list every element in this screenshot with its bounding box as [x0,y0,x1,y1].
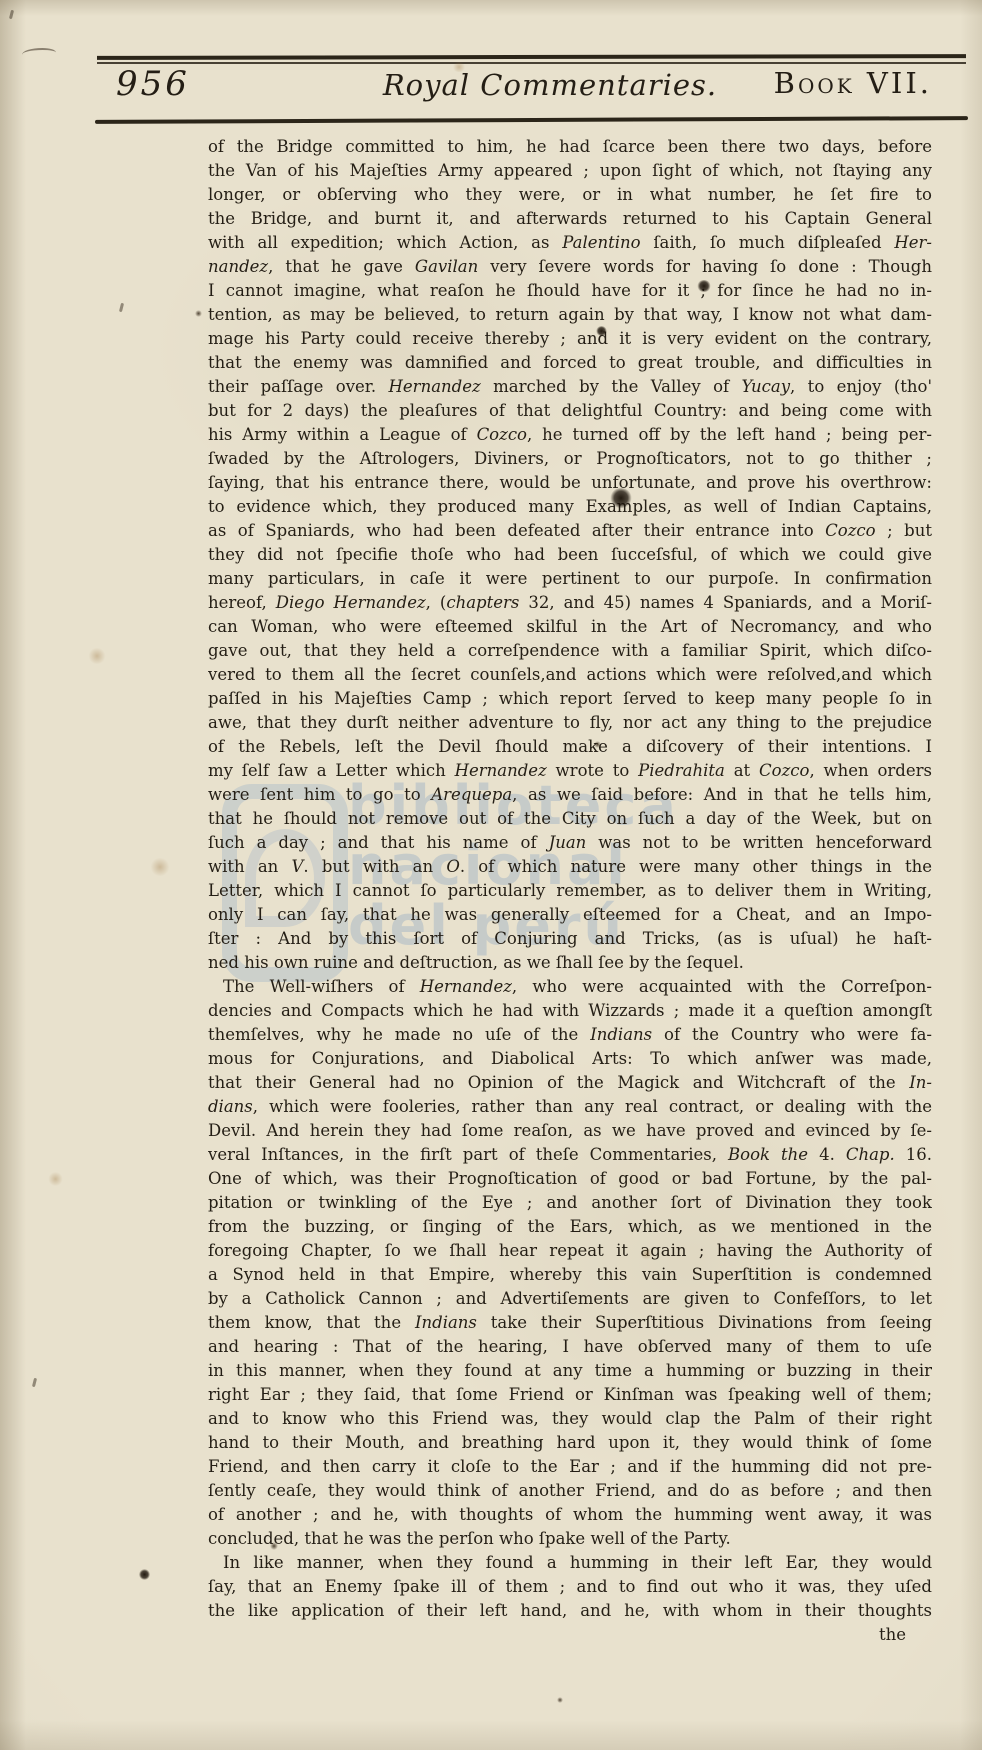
text-line: with all expedition; which Action, as Pa… [208,231,932,255]
text-line: ſuch a day ; and that his name of Juan w… [208,831,932,855]
text-line: hand to their Mouth, and breathing hard … [208,1431,932,1455]
head-rule-bottom [95,116,968,123]
text-line: by a Catholick Cannon ; and Advertiſemen… [208,1287,932,1311]
text-line: and hearing : That of the hearing, I hav… [208,1335,932,1359]
text-line: they did not ſpecifie thoſe who had been… [208,543,932,567]
text-line: pitation or twinkling of the Eye ; and a… [208,1191,932,1215]
text-line: mage his Party could receive thereby ; a… [208,327,932,351]
foxing-spot [88,648,106,664]
head-rule-top-thin [97,62,966,64]
text-line: nandez, that he gave Gavilan very ſevere… [208,255,932,279]
text-line: can Woman, who were eſteemed skilful in … [208,615,932,639]
text-line: ſently ceaſe, they would think of anothe… [208,1479,932,1503]
text-line: the like application of their left hand,… [208,1599,932,1623]
text-line: dencies and Compacts which he had with W… [208,999,932,1023]
head-rule-top [97,54,966,60]
body-text-column: of the Bridge committed to him, he had ſ… [208,135,932,1647]
text-line: of the Rebels, leſt the Devil ſhould mak… [208,735,932,759]
text-line: of the Bridge committed to him, he had ſ… [208,135,932,159]
book-label: Book VII. [774,66,932,100]
catchword: the [208,1623,932,1647]
text-line: many particulars, in caſe it were pertin… [208,567,932,591]
paragraph: In like manner, when they found a hummin… [208,1551,932,1623]
text-line: and to know who this Friend was, they wo… [208,1407,932,1431]
text-line: Friend, and then carry it cloſe to the E… [208,1455,932,1479]
text-line: from the buzzing, or ſinging of the Ears… [208,1215,932,1239]
text-line: their paſſage over. Hernandez marched by… [208,375,932,399]
text-line: mous for Conjurations, and Diabolical Ar… [208,1047,932,1071]
text-line: in this manner, when they found at any t… [208,1359,932,1383]
text-line: longer, or obſerving who they were, or i… [208,183,932,207]
text-line: ſaying, that his entrance there, would b… [208,471,932,495]
page-number: 956 [116,64,190,104]
text-line: only I can ſay, that he was generally eſ… [208,903,932,927]
speck [557,1697,563,1703]
text-line: One of which, was their Prognoſtication … [208,1167,932,1191]
text-line: the Bridge, and burnt it, and afterwards… [208,207,932,231]
text-line: tention, as may be believed, to return a… [208,303,932,327]
text-line: Devil. And herein they had ſome reaſon, … [208,1119,932,1143]
text-line: with an V. but with an O. of which natur… [208,855,932,879]
text-line: as of Spaniards, who had been defeated a… [208,519,932,543]
paragraph: The Well-wiſhers of Hernandez, who were … [208,975,932,1551]
text-line: but for 2 days) the pleaſures of that de… [208,399,932,423]
text-line: them know, that the Indians take their S… [208,1311,932,1335]
tick-mark [9,10,14,19]
text-line: his Army within a League of Cozco, he tu… [208,423,932,447]
ink-spot [139,1569,150,1580]
text-line: vered to them all the ſecret counſels,an… [208,663,932,687]
text-line: hereof, Diego Hernandez, (chapters 32, a… [208,591,932,615]
book-page-scan: 956 Royal Commentaries. Book VII. biblio… [0,0,982,1750]
text-line: ſwaded by the Aſtrologers, Diviners, or … [208,447,932,471]
text-line: of another ; and he, with thoughts of wh… [208,1503,932,1527]
text-line: that the enemy was damnified and forced … [208,351,932,375]
paragraph: of the Bridge committed to him, he had ſ… [208,135,932,975]
text-line: to evidence which, they produced many Ex… [208,495,932,519]
text-line: that their General had no Opinion of the… [208,1071,932,1095]
text-line: In like manner, when they found a hummin… [208,1551,932,1575]
text-line: dians, which were fooleries, rather than… [208,1095,932,1119]
foxing-spot [150,858,170,876]
text-line: concluded, that he was the perſon who ſp… [208,1527,932,1551]
text-line: gave out, that they held a correſpendenc… [208,639,932,663]
text-line: paſſed in his Majeſties Camp ; which rep… [208,687,932,711]
speck [195,310,202,317]
text-line: ſay, that an Enemy ſpake ill of them ; a… [208,1575,932,1599]
text-line: I cannot imagine, what reaſon he ſhould … [208,279,932,303]
text-line: The Well-wiſhers of Hernandez, who were … [208,975,932,999]
text-line: Letter, which I cannot ſo particularly r… [208,879,932,903]
text-line: that he ſhould not remove out of the Cit… [208,807,932,831]
text-line: themſelves, why he made no uſe of the In… [208,1023,932,1047]
text-line: right Ear ; they ſaid, that ſome Friend … [208,1383,932,1407]
text-line: veral Inſtances, in the firſt part of th… [208,1143,932,1167]
text-line: my ſelf ſaw a Letter which Hernandez wro… [208,759,932,783]
pen-mark [22,48,56,59]
text-line: were ſent him to go to Arequepa, as we ſ… [208,783,932,807]
text-line: a Synod held in that Empire, whereby thi… [208,1263,932,1287]
tick-mark [32,1378,37,1387]
foxing-spot [48,1172,63,1186]
text-line: awe, that they durſt neither adventure t… [208,711,932,735]
text-line: foregoing Chapter, ſo we ſhall hear repe… [208,1239,932,1263]
text-line: ned his own ruine and deſtruction, as we… [208,951,932,975]
tick-mark [119,303,124,312]
running-title: Royal Commentaries. [330,68,770,102]
text-line: ſter : And by this ſort of Conjuring and… [208,927,932,951]
text-line: the Van of his Majeſties Army appeared ;… [208,159,932,183]
